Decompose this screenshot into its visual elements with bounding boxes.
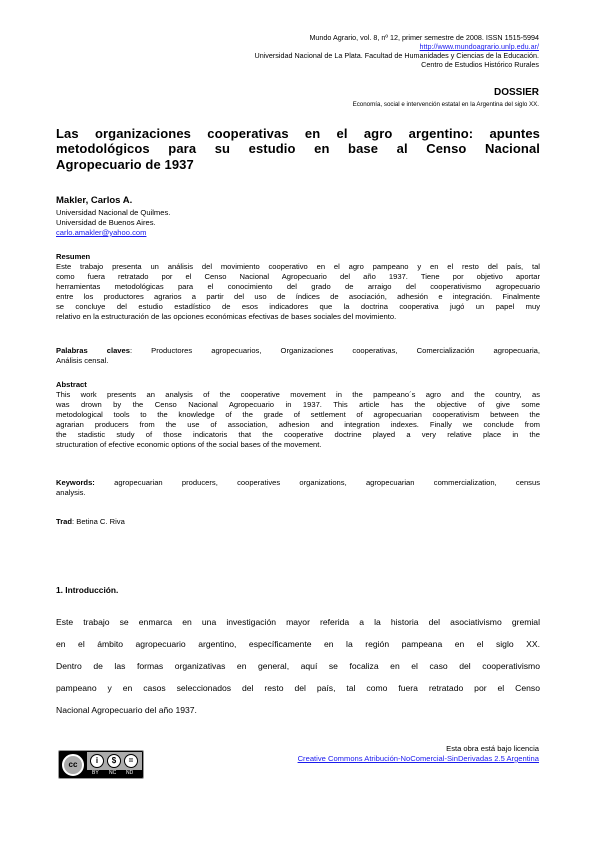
cc-license-conditions: i $ = BY NC ND xyxy=(87,752,142,777)
nd-icon: = xyxy=(124,754,138,768)
abstract-paragraph: This work presents an analysis of the co… xyxy=(56,390,540,451)
translator: Trad: Betina C. Riva xyxy=(56,517,540,527)
author-email-link[interactable]: carlo.amakler@yahoo.com xyxy=(56,228,146,238)
institution: Universidad Nacional de La Plata. Facult… xyxy=(255,51,539,60)
resumen-line: como fuera retratado por el Censo Nacion… xyxy=(56,272,540,282)
affiliation: Universidad de Buenos Aires. xyxy=(56,218,156,228)
abstract-line: structuration of efective economic optio… xyxy=(56,440,540,450)
abstract-line: was drown by the Censo Nacional Agropecu… xyxy=(56,400,540,410)
resumen-line: entre los productores agrarios a partir … xyxy=(56,292,540,302)
license-text: Esta obra está bajo licencia xyxy=(298,744,539,754)
palabras-claves-label: Palabras claves xyxy=(56,346,130,355)
journal-url[interactable]: http://www.mundoagrario.unlp.edu.ar/ xyxy=(420,42,539,51)
resumen-line: relativo en la estructuración de las opc… xyxy=(56,312,540,322)
resumen-paragraph: Este trabajo presenta un análisis del mo… xyxy=(56,262,540,323)
keywords-label: Keywords: xyxy=(56,478,95,487)
article-title-line: metodológicos para su estudio en base al… xyxy=(56,141,540,156)
article-title-line: Las organizaciones cooperativas en el ag… xyxy=(56,126,540,141)
cc-label-nd: ND xyxy=(126,770,133,777)
author-email[interactable]: carlo.amakler@yahoo.com xyxy=(56,228,146,237)
article-title-line: Agropecuario de 1937 xyxy=(56,157,540,172)
introduction-line: Este trabajo se enmarca en una investiga… xyxy=(56,611,540,633)
abstract-line: agrarian producers from the use of assoc… xyxy=(56,420,540,430)
cc-label-nc: NC xyxy=(109,770,116,777)
journal-citation: Mundo Agrario, vol. 8, nº 12, primer sem… xyxy=(309,33,539,42)
cc-label-strip: BY NC ND xyxy=(87,770,142,777)
license-link[interactable]: Creative Commons Atribución-NoComercial-… xyxy=(298,754,539,763)
by-icon: i xyxy=(90,754,104,768)
abstract-line: metodological tools to the knowledge of … xyxy=(56,410,540,420)
palabras-claves-text: : Productores agropecuarios, Organizacio… xyxy=(130,346,540,355)
research-center: Centro de Estudios Histórico Rurales xyxy=(421,60,539,69)
keywords-line: Keywords: agropecuarian producers, coope… xyxy=(56,478,540,488)
keywords: Keywords: agropecuarian producers, coope… xyxy=(56,478,540,498)
translator-name: : Betina C. Riva xyxy=(72,517,125,526)
dossier-title: DOSSIER xyxy=(494,87,539,98)
introduction-paragraph: Este trabajo se enmarca en una investiga… xyxy=(56,611,540,721)
affiliation: Universidad Nacional de Quilmes. xyxy=(56,208,170,218)
abstract-line: the stadistic study of those indicatoris… xyxy=(56,430,540,440)
keywords-text: agropecuarian producers, cooperatives or… xyxy=(95,478,540,487)
introduction-line: Dentro de las formas organizativas en ge… xyxy=(56,655,540,677)
resumen-line: Este trabajo presenta un análisis del mo… xyxy=(56,262,540,272)
abstract-label: Abstract xyxy=(56,380,87,389)
translator-line: Trad: Betina C. Riva xyxy=(56,517,540,527)
journal-url-link[interactable]: http://www.mundoagrario.unlp.edu.ar/ xyxy=(420,42,539,51)
introduction-line: Nacional Agropecuario del año 1937. xyxy=(56,699,540,721)
nc-icon: $ xyxy=(107,754,121,768)
palabras-claves: Palabras claves: Productores agropecuari… xyxy=(56,346,540,366)
abstract-line: This work presents an analysis of the co… xyxy=(56,390,540,400)
creative-commons-badge[interactable]: cc i $ = BY NC ND xyxy=(58,750,144,779)
translator-label: Trad xyxy=(56,517,72,526)
keywords-line: analysis. xyxy=(56,488,540,498)
introduction-heading: 1. Introducción. xyxy=(56,585,118,595)
introduction-line: pampeano y en casos seleccionados del re… xyxy=(56,677,540,699)
author-name: Makler, Carlos A. xyxy=(56,195,132,206)
palabras-claves-line: Análisis censal. xyxy=(56,356,540,366)
resumen-line: se concluye del estudio estadístico de e… xyxy=(56,302,540,312)
article-title: Las organizaciones cooperativas en el ag… xyxy=(56,126,540,172)
resumen-line: herramientas metodológicas para el conoc… xyxy=(56,282,540,292)
cc-icon: cc xyxy=(62,754,84,776)
dossier-subtitle: Economía, social e intervención estatal … xyxy=(353,101,539,108)
resumen-label: Resumen xyxy=(56,252,90,261)
introduction-line: en el ámbito agropecuario argentino, esp… xyxy=(56,633,540,655)
palabras-claves-line: Palabras claves: Productores agropecuari… xyxy=(56,346,540,356)
cc-label-by: BY xyxy=(92,770,99,777)
license-notice: Esta obra está bajo licencia Creative Co… xyxy=(298,744,539,764)
